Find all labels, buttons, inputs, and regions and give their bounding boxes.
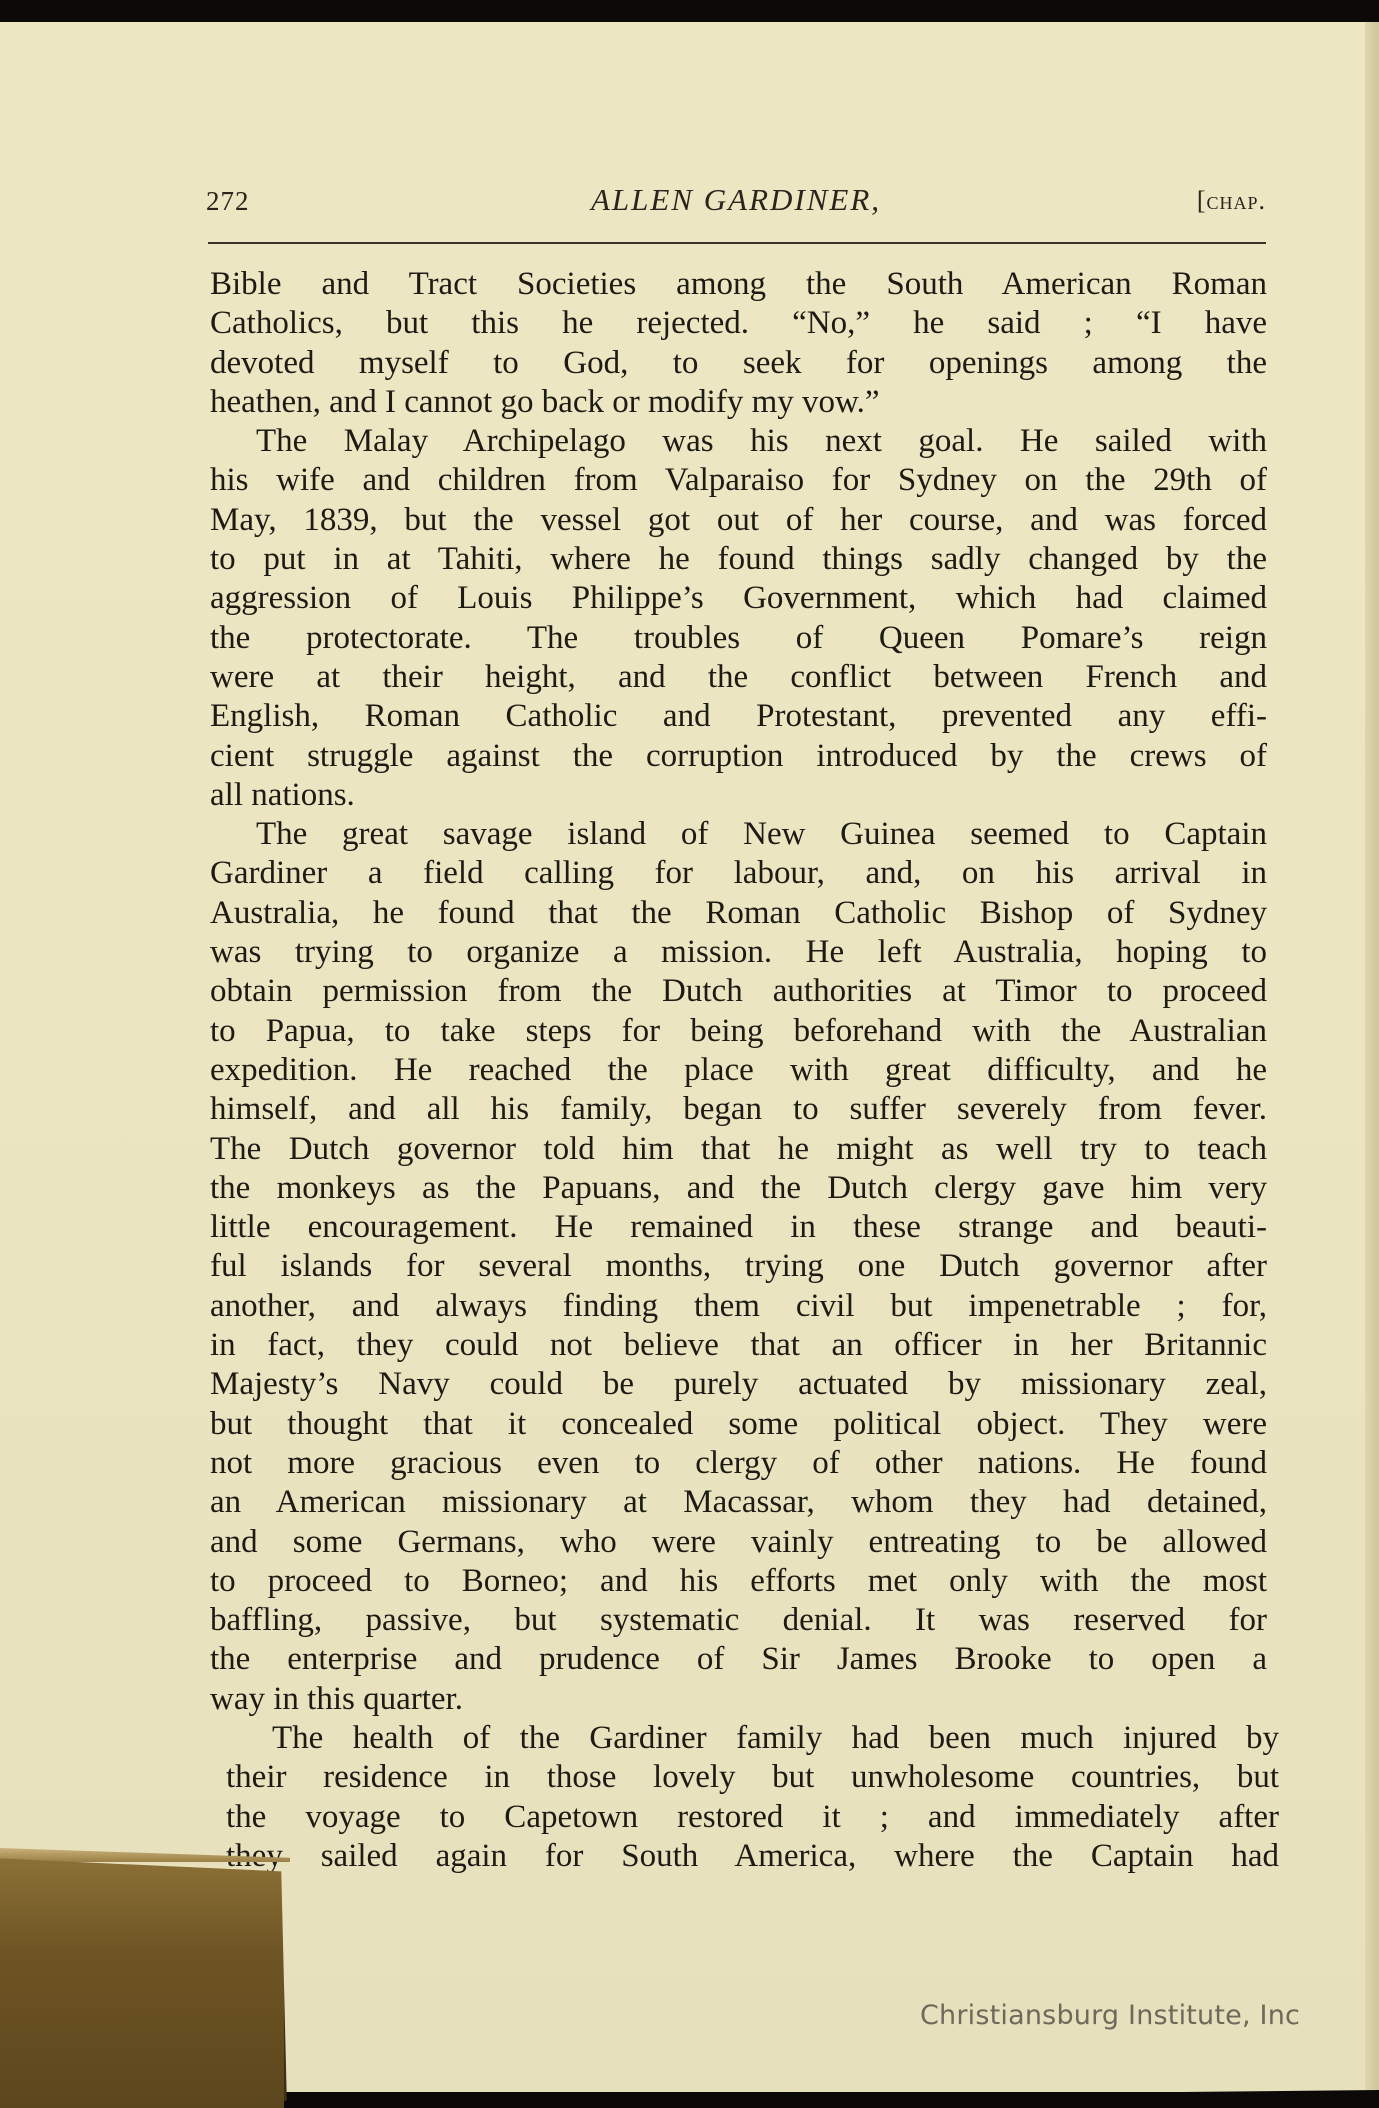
bookmark-tab — [0, 1848, 287, 2108]
running-title: ALLEN GARDINER, — [206, 182, 1266, 218]
text-line: heathen, and I cannot go back or modify … — [210, 383, 1267, 422]
running-head: 272 ALLEN GARDINER, [chap. — [206, 180, 1266, 224]
paragraph-1: Bible and Tract Societies among the Sout… — [210, 265, 1267, 422]
text-line: The Dutch governor told him that he migh… — [210, 1130, 1267, 1169]
page-edge — [1365, 22, 1379, 2092]
text-line: the monkeys as the Papuans, and the Dutc… — [210, 1169, 1267, 1208]
text-line: obtain permission from the Dutch authori… — [210, 972, 1267, 1011]
text-line: their residence in those lovely but unwh… — [226, 1758, 1279, 1797]
text-line: but thought that it concealed some polit… — [210, 1405, 1267, 1444]
text-line: the enterprise and prudence of Sir James… — [210, 1640, 1267, 1679]
text-line: expedition. He reached the place with gr… — [210, 1051, 1267, 1090]
text-line: Majesty’s Navy could be purely actuated … — [210, 1365, 1267, 1404]
text-line: little encouragement. He remained in the… — [210, 1208, 1267, 1247]
header-rule — [208, 242, 1266, 244]
text-line: devoted myself to God, to seek for openi… — [210, 344, 1267, 383]
text-line: to proceed to Borneo; and his efforts me… — [210, 1562, 1267, 1601]
text-line: his wife and children from Valparaiso fo… — [210, 461, 1267, 500]
text-line: all nations. — [210, 776, 1267, 815]
text-line: The health of the Gardiner family had be… — [226, 1719, 1279, 1758]
text-line: The great savage island of New Guinea se… — [210, 815, 1267, 854]
text-line: the protectorate. The troubles of Queen … — [210, 619, 1267, 658]
text-line: Gardiner a field calling for labour, and… — [210, 854, 1267, 893]
text-line: to put in at Tahiti, where he found thin… — [210, 540, 1267, 579]
text-line: way in this quarter. — [210, 1680, 1267, 1719]
body-text: Bible and Tract Societies among the Sout… — [210, 265, 1267, 1876]
text-line: aggression of Louis Philippe’s Governmen… — [210, 579, 1267, 618]
text-line: not more gracious even to clergy of othe… — [210, 1444, 1267, 1483]
text-line: another, and always finding them civil b… — [210, 1287, 1267, 1326]
text-line: to Papua, to take steps for being before… — [210, 1012, 1267, 1051]
text-line: ful islands for several months, trying o… — [210, 1247, 1267, 1286]
text-line: in fact, they could not believe that an … — [210, 1326, 1267, 1365]
text-line: was trying to organize a mission. He lef… — [210, 933, 1267, 972]
watermark: Christiansburg Institute, Inc — [920, 2000, 1300, 2031]
text-line: they sailed again for South America, whe… — [226, 1837, 1279, 1876]
text-line: English, Roman Catholic and Protestant, … — [210, 697, 1267, 736]
text-line: Bible and Tract Societies among the Sout… — [210, 265, 1267, 304]
text-line: and some Germans, who were vainly entrea… — [210, 1523, 1267, 1562]
text-line: were at their height, and the conflict b… — [210, 658, 1267, 697]
text-line: an American missionary at Macassar, whom… — [210, 1483, 1267, 1522]
text-line: The Malay Archipelago was his next goal.… — [210, 422, 1267, 461]
text-line: cient struggle against the corruption in… — [210, 737, 1267, 776]
chapter-marker: [chap. — [1197, 186, 1266, 216]
text-line: the voyage to Capetown restored it ; and… — [226, 1798, 1279, 1837]
paragraph-4: The health of the Gardiner family had be… — [226, 1719, 1279, 1876]
text-line: Australia, he found that the Roman Catho… — [210, 894, 1267, 933]
text-line: baffling, passive, but systematic denial… — [210, 1601, 1267, 1640]
page-bottom-shadow — [284, 2090, 1379, 2108]
text-line: himself, and all his family, began to su… — [210, 1090, 1267, 1129]
paragraph-3: The great savage island of New Guinea se… — [210, 815, 1267, 1719]
text-line: Catholics, but this he rejected. “No,” h… — [210, 304, 1267, 343]
text-line: May, 1839, but the vessel got out of her… — [210, 501, 1267, 540]
paragraph-2: The Malay Archipelago was his next goal.… — [210, 422, 1267, 815]
